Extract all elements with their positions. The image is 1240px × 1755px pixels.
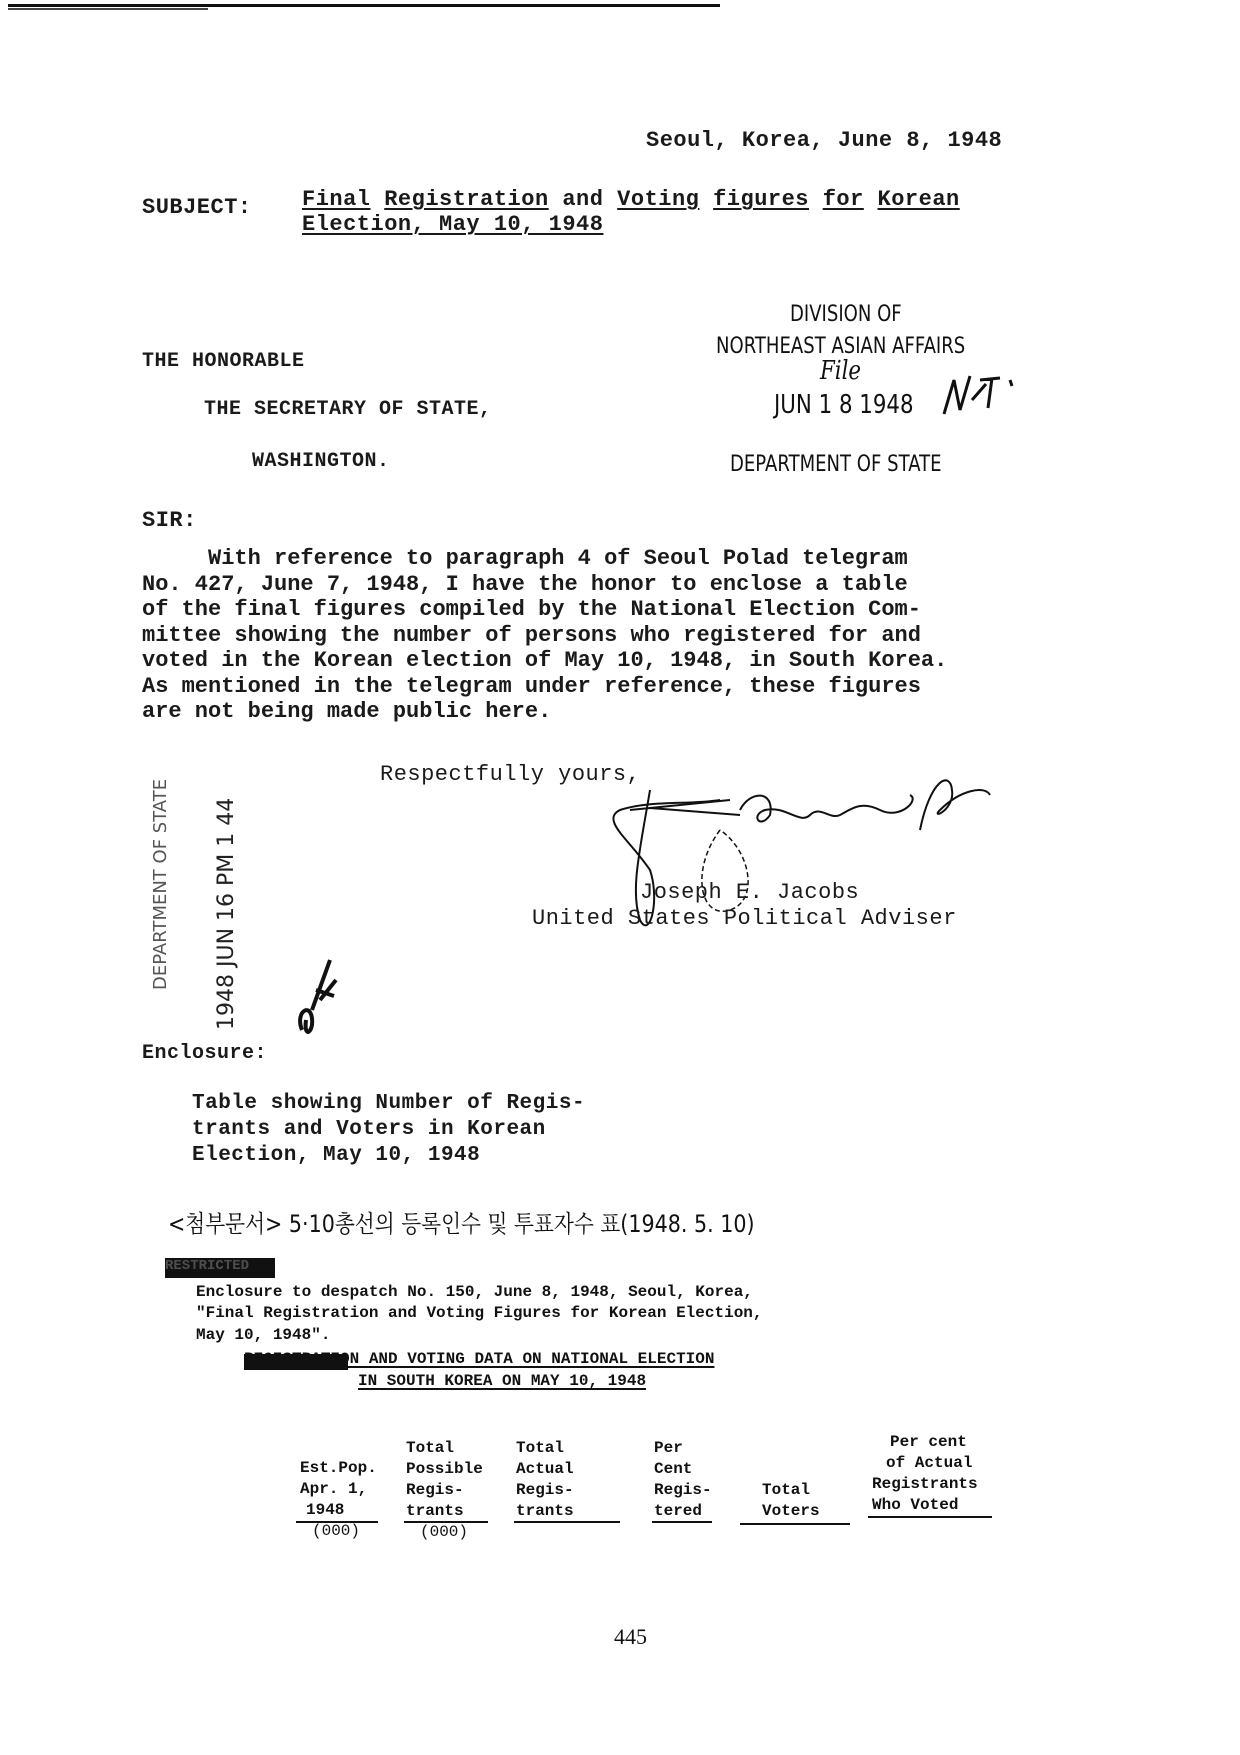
attachment-line-3: May 10, 1948". xyxy=(196,1326,330,1344)
body-line: No. 427, June 7, 1948, I have the honor … xyxy=(142,572,1082,598)
subject-word: and xyxy=(562,187,603,212)
korean-caption: <첨부문서> 5·10총선의 등록인수 및 투표자수 표(1948. 5. 10… xyxy=(168,1204,755,1239)
stamp-department-of-state: DEPARTMENT OF STATE xyxy=(730,452,942,477)
page-number: 445 xyxy=(614,1624,647,1650)
addressee-line-3: WASHINGTON. xyxy=(252,450,390,473)
salutation: SIR: xyxy=(142,508,197,533)
handwritten-file-note: File xyxy=(820,356,861,386)
col-rule xyxy=(404,1521,488,1523)
col-header-percent-registered: Per Cent Regis- tered xyxy=(654,1438,712,1522)
classification-label: RESTRICTED xyxy=(165,1258,249,1274)
signer-title: United States Political Adviser xyxy=(532,906,957,931)
col-header-total-voters: Total Voters xyxy=(762,1480,820,1522)
handwritten-initials-icon xyxy=(940,370,1020,420)
col-header-est-pop: Est.Pop. Apr. 1, 1948 (000) xyxy=(300,1458,377,1542)
enclosure-line: Table showing Number of Regis- xyxy=(192,1092,585,1115)
signer-name: Joseph E. Jacobs xyxy=(640,880,859,905)
attachment-title-2: IN SOUTH KOREA ON MAY 10, 1948 xyxy=(358,1372,646,1390)
body-line: voted in the Korean election of May 10, … xyxy=(142,648,1082,674)
col-rule xyxy=(296,1521,378,1523)
subject-word: for xyxy=(823,187,864,212)
handwritten-mark-icon xyxy=(294,950,344,1040)
subject-label: SUBJECT: xyxy=(142,195,252,220)
body-line: of the final figures compiled by the Nat… xyxy=(142,597,1082,623)
place-date: Seoul, Korea, June 8, 1948 xyxy=(646,128,1002,153)
subject-line-2: Election, May 10, 1948 xyxy=(302,212,603,237)
col-rule xyxy=(652,1521,712,1523)
body-line: mittee showing the number of persons who… xyxy=(142,623,1082,649)
subject-word: Voting xyxy=(617,187,699,212)
attachment-line-1: Enclosure to despatch No. 150, June 8, 1… xyxy=(196,1283,753,1301)
addressee-line-1: THE HONORABLE xyxy=(142,350,305,373)
body-line: As mentioned in the telegram under refer… xyxy=(142,674,1082,700)
addressee-line-2: THE SECRETARY OF STATE, xyxy=(204,398,492,421)
side-stamp-date: 1948 JUN 16 PM 1 44 xyxy=(214,798,239,1030)
attachment-title-1: REGISTRATION AND VOTING DATA ON NATIONAL… xyxy=(244,1350,714,1368)
subject-line-1: Final Registration and Voting figures fo… xyxy=(302,187,960,212)
subject-word: Registration xyxy=(384,187,548,212)
body-line: are not being made public here. xyxy=(142,699,1082,725)
enclosure-line: trants and Voters in Korean xyxy=(192,1118,546,1141)
stamp-division: DIVISION OF xyxy=(790,302,902,327)
subject-word: Korean xyxy=(878,187,960,212)
subject-word: figures xyxy=(713,187,809,212)
col-header-actual-registrants: Total Actual Regis- trants xyxy=(516,1438,574,1522)
col-header-percent-voted: Per cent of Actual Registrants Who Voted xyxy=(872,1432,978,1516)
subject-word: Final xyxy=(302,187,371,212)
side-stamp-department: DEPARTMENT OF STATE xyxy=(150,779,171,990)
col-rule xyxy=(868,1516,992,1518)
enclosure-label: Enclosure: xyxy=(142,1042,267,1065)
scan-edge-line xyxy=(8,8,208,10)
col-header-possible-registrants: Total Possible Regis- trants (000) xyxy=(406,1438,483,1543)
col-rule xyxy=(514,1521,620,1523)
body-line: With reference to paragraph 4 of Seoul P… xyxy=(142,546,1082,572)
attachment-line-2: "Final Registration and Voting Figures f… xyxy=(196,1304,763,1322)
stamp-date: JUN 1 8 1948 xyxy=(774,390,914,420)
col-rule xyxy=(740,1523,850,1525)
enclosure-line: Election, May 10, 1948 xyxy=(192,1144,480,1167)
body-paragraph: With reference to paragraph 4 of Seoul P… xyxy=(142,546,1082,725)
scan-edge-line xyxy=(8,4,720,7)
